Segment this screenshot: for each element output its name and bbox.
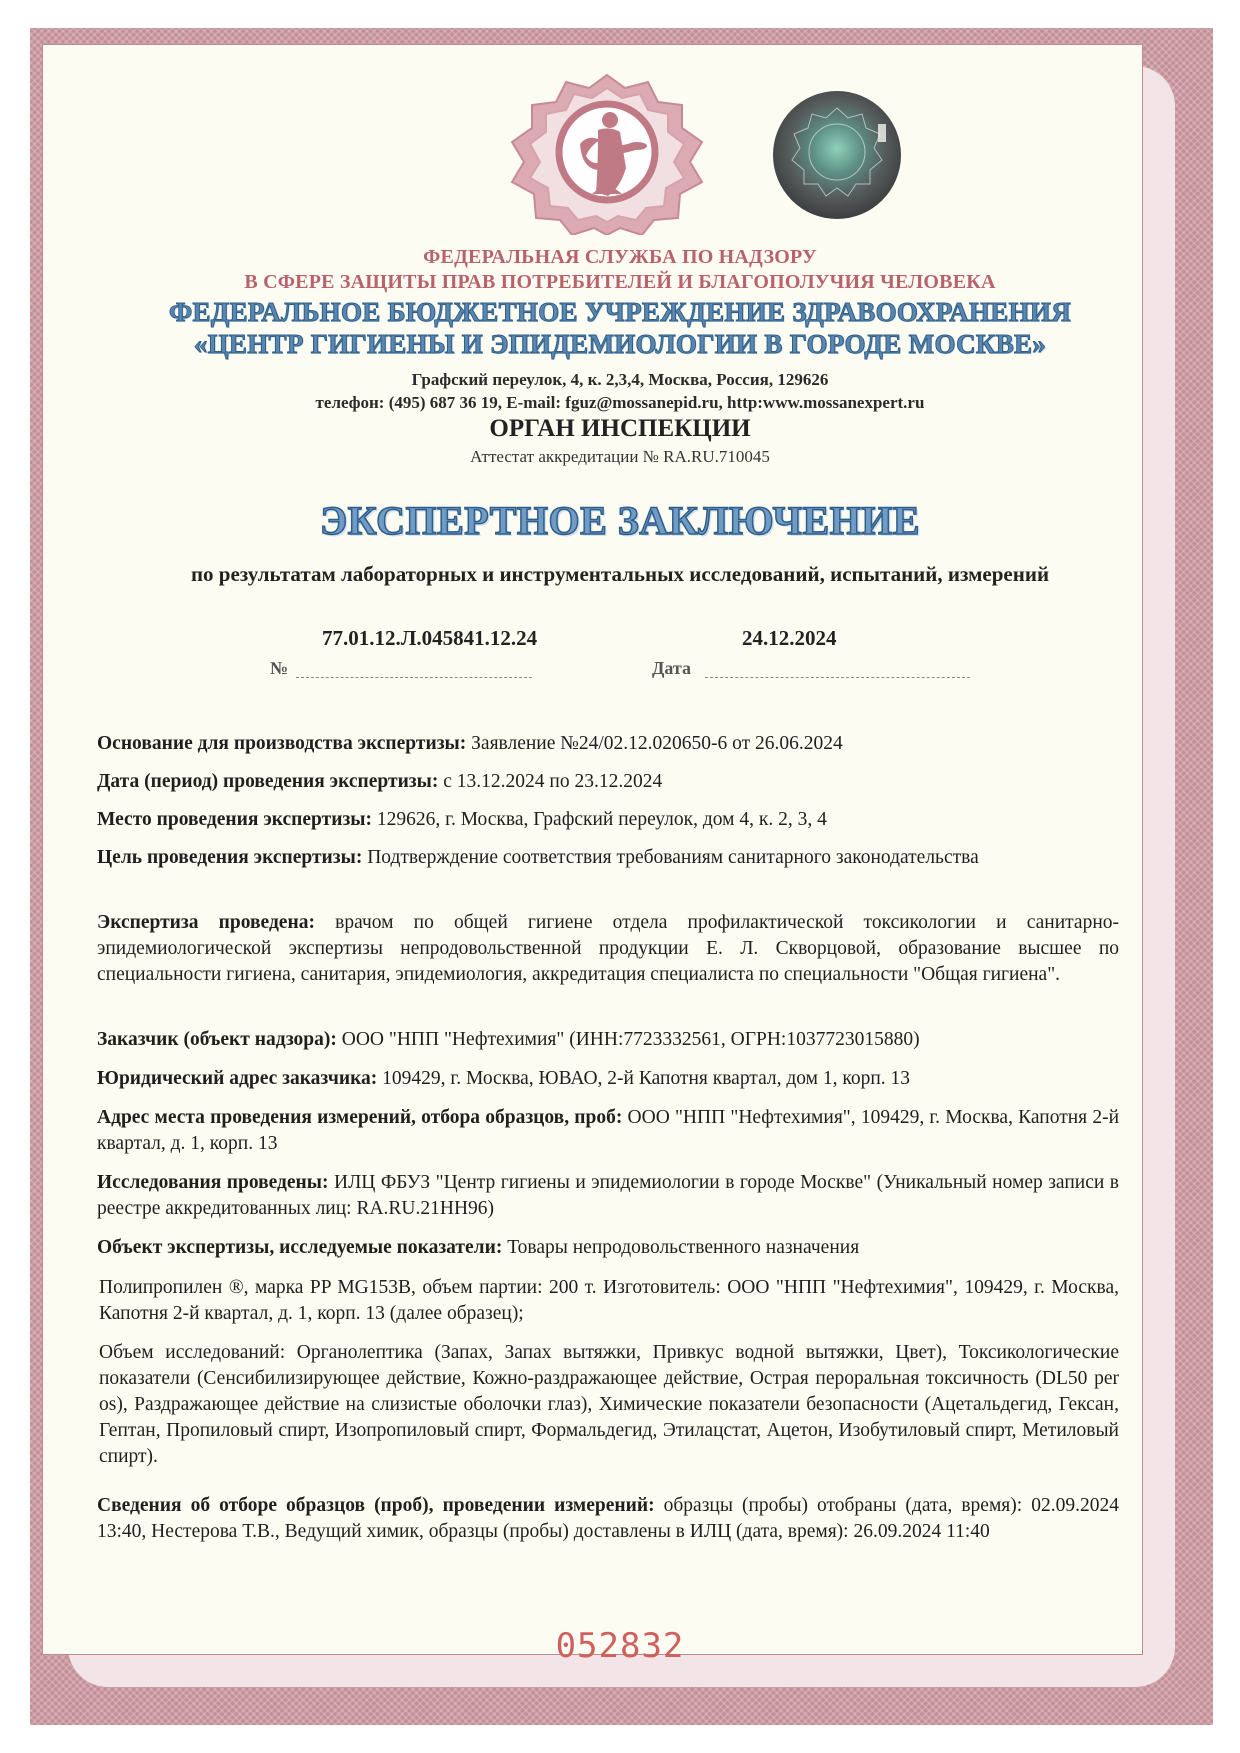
field-label: Исследования проведены: — [97, 1172, 329, 1193]
agency-name-line-1: ФЕДЕРАЛЬНАЯ СЛУЖБА ПО НАДЗОРУ — [0, 246, 1240, 269]
institution-name-line-2: «ЦЕНТР ГИГИЕНЫ И ЭПИДЕМИОЛОГИИ В ГОРОДЕ … — [0, 329, 1240, 360]
field-value: 109429, г. Москва, ЮВАО, 2-й Капотня ква… — [377, 1068, 910, 1089]
form-serial-number: 052832 — [0, 1626, 1240, 1666]
date-underline — [705, 677, 970, 678]
field-sampling-info: Сведения об отборе образцов (проб), пров… — [97, 1493, 1119, 1545]
inspection-body-heading: ОРГАН ИНСПЕКЦИИ — [0, 415, 1240, 443]
field-label: Экспертиза проведена: — [97, 912, 315, 933]
hygieia-emblem-icon — [500, 70, 715, 235]
field-expert: Экспертиза проведена: врачом по общей ги… — [97, 910, 1119, 988]
field-label: Дата (период) проведения экспертизы: — [97, 771, 438, 792]
field-value: Объем исследований: Органолептика (Запах… — [99, 1342, 1119, 1467]
field-legal-address: Юридический адрес заказчика: 109429, г. … — [97, 1066, 1119, 1092]
document-date: 24.12.2024 — [742, 626, 837, 651]
field-purpose: Цель проведения экспертизы: Подтверждени… — [97, 845, 1119, 871]
field-customer: Заказчик (объект надзора): ООО "НПП "Неф… — [97, 1027, 1119, 1053]
institution-address: Графский переулок, 4, к. 2,3,4, Москва, … — [0, 370, 1240, 390]
field-value: ООО "НПП "Нефтехимия" (ИНН:7723332561, О… — [337, 1029, 920, 1050]
field-basis: Основание для производства экспертизы: З… — [97, 731, 1119, 757]
field-label: Основание для производства экспертизы: — [97, 733, 466, 754]
document-subtitle: по результатам лабораторных и инструмент… — [0, 562, 1240, 587]
document-title: ЭКСПЕРТНОЕ ЗАКЛЮЧЕНИЕ — [0, 497, 1240, 544]
field-label: Сведения об отборе образцов (проб), пров… — [97, 1495, 655, 1516]
field-value: Товары непродовольственного назначения — [502, 1237, 859, 1258]
field-label: Адрес места проведения измерений, отбора… — [97, 1107, 622, 1128]
field-value: с 13.12.2024 по 23.12.2024 — [438, 771, 662, 792]
field-value: Полипропилен ®, марка PP MG153B, объем п… — [99, 1277, 1119, 1324]
field-product: Полипропилен ®, марка PP MG153B, объем п… — [99, 1275, 1119, 1327]
field-label: Место проведения экспертизы: — [97, 809, 372, 830]
number-label: № — [270, 658, 288, 679]
field-value: Заявление №24/02.12.020650-6 от 26.06.20… — [466, 733, 843, 754]
field-laboratory: Исследования проведены: ИЛЦ ФБУЗ "Центр … — [97, 1170, 1119, 1222]
accreditation-certificate: Аттестат аккредитации № RA.RU.710045 — [0, 447, 1240, 467]
field-label: Заказчик (объект надзора): — [97, 1029, 337, 1050]
field-object: Объект экспертизы, исследуемые показател… — [97, 1235, 1119, 1261]
date-label: Дата — [652, 658, 691, 679]
hologram-seal-icon — [770, 88, 904, 222]
number-underline — [296, 677, 532, 678]
field-sampling-address: Адрес места проведения измерений, отбора… — [97, 1105, 1119, 1157]
institution-contacts: телефон: (495) 687 36 19, E-mail: fguz@m… — [0, 393, 1240, 413]
field-label: Цель проведения экспертизы: — [97, 847, 362, 868]
field-period: Дата (период) проведения экспертизы: с 1… — [97, 769, 1119, 795]
field-value: Подтверждение соответствия требованиям с… — [362, 847, 978, 868]
field-label: Юридический адрес заказчика: — [97, 1068, 377, 1089]
field-value: 129626, г. Москва, Графский переулок, до… — [372, 809, 827, 830]
institution-name-line-1: ФЕДЕРАЛЬНОЕ БЮДЖЕТНОЕ УЧРЕЖДЕНИЕ ЗДРАВОО… — [0, 297, 1240, 328]
field-place: Место проведения экспертизы: 129626, г. … — [97, 807, 1119, 833]
field-label: Объект экспертизы, исследуемые показател… — [97, 1237, 502, 1258]
field-scope: Объем исследований: Органолептика (Запах… — [99, 1340, 1119, 1470]
document-number: 77.01.12.Л.045841.12.24 — [322, 626, 537, 651]
agency-name-line-2: В СФЕРЕ ЗАЩИТЫ ПРАВ ПОТРЕБИТЕЛЕЙ И БЛАГО… — [0, 271, 1240, 294]
